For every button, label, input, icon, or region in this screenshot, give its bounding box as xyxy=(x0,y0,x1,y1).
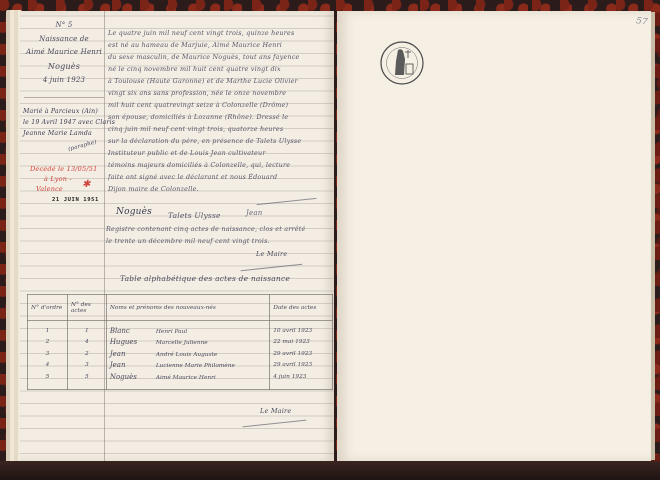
republique-francaise-seal-icon xyxy=(379,40,425,86)
margin-rule xyxy=(104,11,105,461)
act-text-line: Instituteur public et de Louis Jean cult… xyxy=(108,149,330,157)
act-text-line: à Toulouse (Haute Garonne) et de Marthe … xyxy=(108,77,330,85)
date-stamp: 21 JUIN 1951 xyxy=(52,197,99,203)
cell-given: Aimé Maurice Henri xyxy=(156,375,216,381)
right-page: 57 xyxy=(337,11,651,461)
act-text-line: du sexe masculin, de Maurice Noguès, tou… xyxy=(108,53,330,61)
cell-act: 5 xyxy=(67,371,106,389)
left-page: N° 5 Naissance de Aimé Maurice Henri Nog… xyxy=(20,11,334,461)
book-bottom-edge xyxy=(0,461,660,480)
act-text-line: est né au hameau de Marjuie, Aimé Mauric… xyxy=(108,41,330,49)
cell-date: 22 mai 1923 xyxy=(270,337,333,349)
index-table: N° d'ordre N° des actes Noms et prénoms … xyxy=(27,294,333,390)
index-table-header: N° d'ordre N° des actes Noms et prénoms … xyxy=(28,295,333,321)
cell-given: Henri Paul xyxy=(156,329,187,335)
cell-order: 3 xyxy=(28,348,68,360)
header-order-number: N° d'ordre xyxy=(28,295,68,321)
table-row: 4 3 JeanLucienne Marie Philomène 29 avri… xyxy=(28,360,333,372)
death-note-line2: à Lyon - xyxy=(44,175,72,183)
cell-act: 2 xyxy=(67,348,106,360)
cell-act: 3 xyxy=(67,360,106,372)
cell-order: 5 xyxy=(28,371,68,389)
act-number: N° 5 xyxy=(24,21,104,29)
header-date: Date des actes xyxy=(270,295,333,321)
act-title: Naissance de xyxy=(24,35,104,43)
act-text-line: vingt six ans sans profession, née le on… xyxy=(108,89,330,97)
marriage-note-line3: Jeanne Marie Lamda xyxy=(23,130,92,137)
cell-surname: Jean xyxy=(110,350,156,358)
cell-date: 10 avril 1923 xyxy=(270,321,333,337)
table-row: 3 2 JeanAndré Louis Auguste 29 avril 192… xyxy=(28,348,333,360)
table-row: 5 5 NoguèsAimé Maurice Henri 4 juin 1923 xyxy=(28,371,333,389)
cell-order: 4 xyxy=(28,360,68,372)
death-note-line1: Décédé le 13/05/51 xyxy=(30,165,97,173)
cell-surname: Blanc xyxy=(110,327,156,335)
cell-name: BlancHenri Paul xyxy=(106,321,269,337)
signature-witness1: Talets Ulysse xyxy=(168,211,221,220)
child-surname: Noguès xyxy=(24,62,104,71)
table-row: 1 1 BlancHenri Paul 10 avril 1923 xyxy=(28,321,333,337)
cell-act: 4 xyxy=(67,337,106,349)
cell-given: Lucienne Marie Philomène xyxy=(156,363,235,369)
birth-date: 4 juin 1923 xyxy=(24,76,104,84)
marriage-note-line2: le 19 Avril 1947 avec Claris xyxy=(23,119,115,126)
cell-surname: Hugues xyxy=(110,338,156,346)
act-text-line: mil huit cent quatrevingt seize à Colonz… xyxy=(108,101,330,109)
cell-name: NoguèsAimé Maurice Henri xyxy=(106,371,269,389)
cell-given: Marcelle Julienne xyxy=(156,340,208,346)
header-act-number: N° des actes xyxy=(67,295,106,321)
marriage-note-line1: Marié à Parcieux (Ain) xyxy=(23,108,98,115)
cell-act: 1 xyxy=(67,321,106,337)
act-text-line: Le quatre juin mil neuf cent vingt trois… xyxy=(108,29,330,37)
margin-divider xyxy=(24,97,104,98)
child-given-names: Aimé Maurice Henri xyxy=(24,48,104,56)
death-note-line3: Valence xyxy=(36,185,63,193)
act-text-line: sur la déclaration du père, en présence … xyxy=(108,137,330,145)
cell-order: 1 xyxy=(28,321,68,337)
signature-witness2: Jean xyxy=(246,209,262,217)
closing-text-line: Registre contenant cinq actes de naissan… xyxy=(106,225,332,233)
cell-date: 4 juin 1923 xyxy=(270,371,333,389)
index-title: Table alphabétique des actes de naissanc… xyxy=(120,274,290,283)
cell-name: JeanLucienne Marie Philomène xyxy=(106,360,269,372)
cell-surname: Noguès xyxy=(110,373,156,381)
right-page-edge xyxy=(651,12,655,460)
cell-order: 2 xyxy=(28,337,68,349)
act-text-line: faite ont signé avec le déclarant et nou… xyxy=(108,173,330,181)
cell-date: 29 avril 1923 xyxy=(270,360,333,372)
folio-number: 57 xyxy=(635,16,648,27)
signature-declarant: Noguès xyxy=(116,207,152,217)
cell-name: JeanAndré Louis Auguste xyxy=(106,348,269,360)
cell-date: 29 avril 1923 xyxy=(270,348,333,360)
cell-given: André Louis Auguste xyxy=(156,352,218,358)
act-text-line: né le cinq novembre mil huit cent quatre… xyxy=(108,65,330,73)
closing-text-line: le trente un décembre mil neuf cent ving… xyxy=(106,237,332,245)
header-names: Noms et prénoms des nouveaux-nés xyxy=(106,295,269,321)
death-note-paraph-icon: ✱ xyxy=(82,179,91,190)
act-text-line: cinq juin mil neuf cent vingt trois, qua… xyxy=(108,125,330,133)
table-row: 2 4 HuguesMarcelle Julienne 22 mai 1923 xyxy=(28,337,333,349)
cell-surname: Jean xyxy=(110,361,156,369)
act-text-line: son épouse, domiciliés à Lozanne (Rhône)… xyxy=(108,113,330,121)
cell-name: HuguesMarcelle Julienne xyxy=(106,337,269,349)
act-text-line: témoins majeurs domiciliés à Colonzelle,… xyxy=(108,161,330,169)
